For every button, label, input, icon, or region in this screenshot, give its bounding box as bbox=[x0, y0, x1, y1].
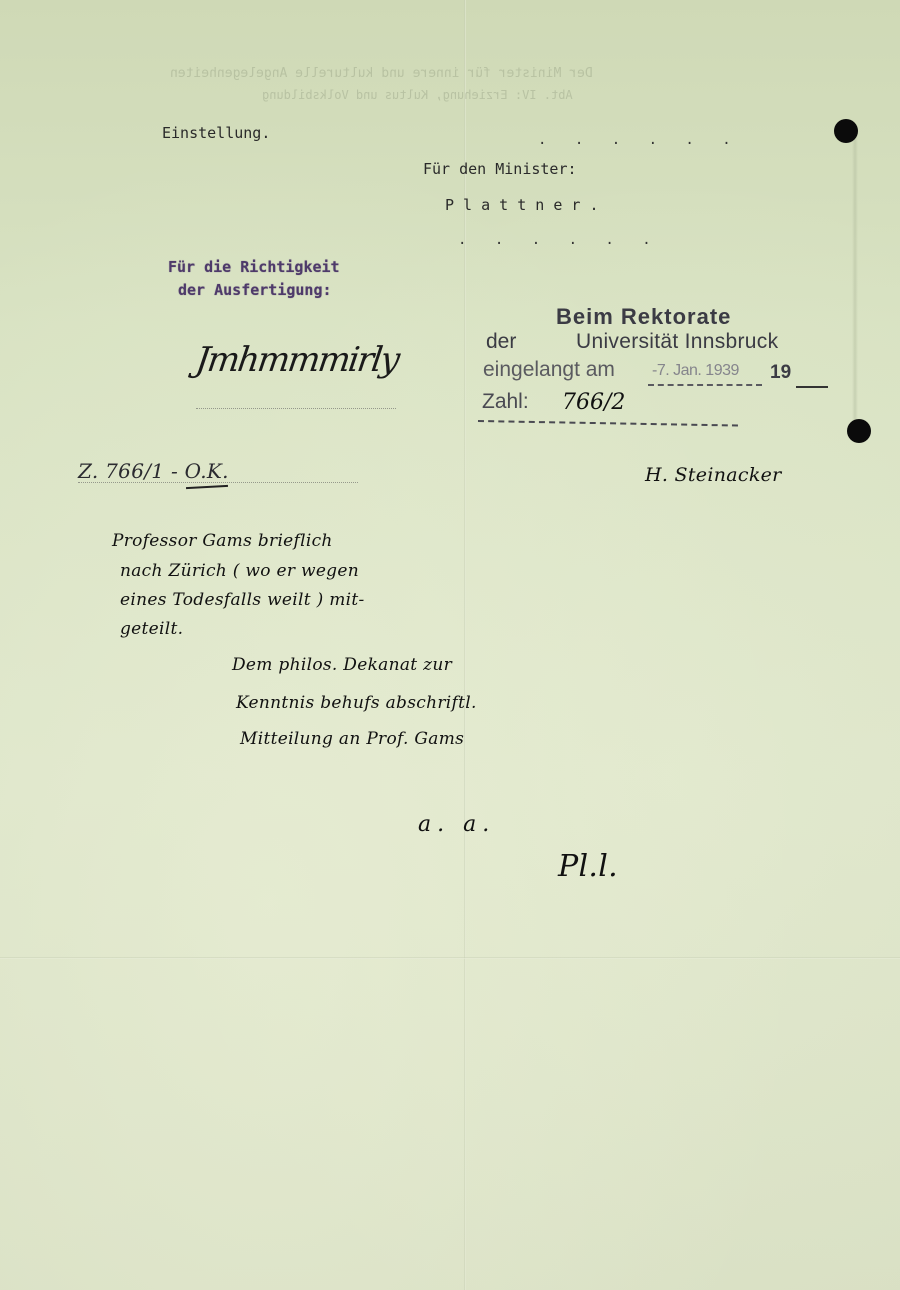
closing-aa: a. a. bbox=[418, 810, 495, 840]
punch-hole-bottom bbox=[847, 419, 871, 443]
receipt-stamp-der: der bbox=[486, 330, 516, 354]
signature-guide-line bbox=[196, 408, 396, 409]
right-crease bbox=[852, 130, 858, 430]
certification-stamp-line-2: der Ausfertigung: bbox=[178, 279, 332, 301]
receipt-stamp-year: 19 bbox=[770, 362, 791, 384]
note-1-line-3: eines Todesfalls weilt ) mit- bbox=[120, 585, 365, 615]
vertical-fold bbox=[464, 0, 466, 1290]
dotted-row-1: . . . . . . bbox=[538, 132, 741, 148]
minister-line: Für den Minister: bbox=[423, 160, 577, 178]
note-1-line-4: geteilt. bbox=[120, 614, 183, 644]
file-reference-guide-line bbox=[78, 482, 358, 483]
receipt-stamp-bottom-line bbox=[478, 420, 738, 427]
punch-hole-top bbox=[834, 119, 858, 143]
receipt-stamp-year-line bbox=[796, 386, 828, 388]
receipt-stamp-title: Beim Rektorate bbox=[556, 304, 731, 330]
note-2-line-2: Kenntnis behufs abschriftl. bbox=[236, 688, 477, 718]
receipt-stamp-number-label: Zahl: bbox=[482, 390, 529, 414]
bleed-through-line-1: Der Minister für innere und kulturelle A… bbox=[170, 66, 593, 81]
receipt-stamp-received-label: eingelangt am bbox=[483, 358, 615, 382]
closing-initials: Pl.l. bbox=[558, 852, 618, 882]
receipt-stamp-date: -7. Jan. 1939 bbox=[652, 362, 739, 380]
receipt-stamp-university: Universität Innsbruck bbox=[576, 330, 778, 354]
note-2-line-3: Mitteilung an Prof. Gams bbox=[240, 724, 464, 754]
receipt-stamp-number-value: 766/2 bbox=[562, 390, 625, 415]
certifier-signature: Jmhmmmirly bbox=[193, 340, 400, 380]
dotted-row-2: . . . . . . bbox=[458, 232, 661, 248]
document-page: Der Minister für innere und kulturelle A… bbox=[0, 0, 900, 1290]
certification-stamp-line-1: Für die Richtigkeit bbox=[168, 256, 340, 278]
note-2-line-1: Dem philos. Dekanat zur bbox=[232, 650, 452, 680]
note-1-line-2: nach Zürich ( wo er wegen bbox=[120, 556, 359, 586]
heading-text: Einstellung. bbox=[162, 124, 270, 142]
minister-name: P l a t t n e r . bbox=[445, 196, 599, 214]
receipt-stamp: Beim Rektorate der Universität Innsbruck… bbox=[478, 298, 838, 438]
bleed-through-line-2: Abt. IV: Erziehung, Kultus und Volksbild… bbox=[262, 88, 573, 102]
horizontal-fold bbox=[0, 957, 900, 959]
receipt-stamp-date-line bbox=[648, 384, 762, 386]
official-signature: H. Steinacker bbox=[645, 460, 782, 490]
note-1-line-1: Professor Gams brieflich bbox=[112, 526, 333, 556]
